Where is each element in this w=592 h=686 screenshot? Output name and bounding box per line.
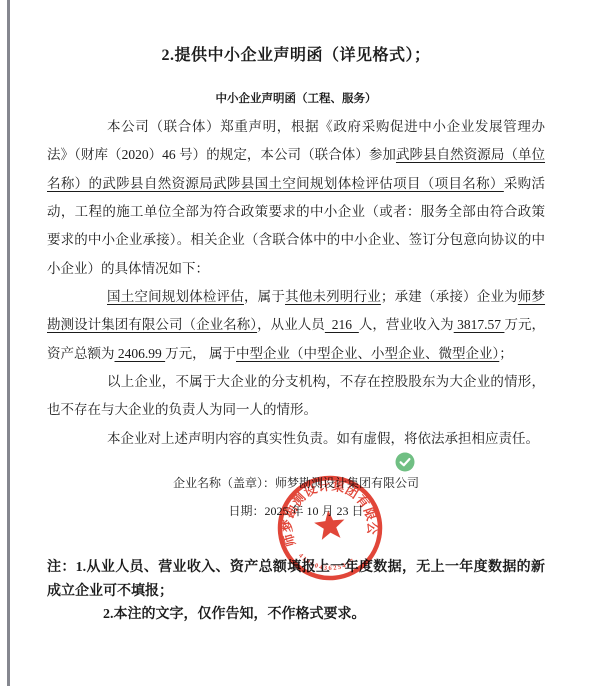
paragraph-responsibility: 本企业对上述声明内容的真实性负责。如有虚假，将依法承担相应责任。 <box>47 425 545 453</box>
check-badge-icon <box>395 452 415 472</box>
document-body: 本公司（联合体）郑重声明，根据《政府采购促进中小企业发展管理办法》（财库（202… <box>47 113 545 453</box>
paragraph-text: 以上企业，不属于大企业的分支机构，不存在控股股东为大企业的情形，也不存在与大企业… <box>47 374 545 417</box>
paragraph-text: 万元， 属于 <box>165 346 236 361</box>
note-line-2: 2.本注的文字，仅作告知，不作格式要求。 <box>47 603 545 627</box>
underlined-blank-text: 216 <box>325 317 359 332</box>
check-badge-circle <box>396 453 415 472</box>
underlined-blank-text: 其他未列明行业 <box>285 289 381 304</box>
paragraph-text: ； <box>499 346 513 361</box>
doc-subtitle: 中小企业声明函（工程、服务） <box>47 91 545 107</box>
seal-company-textpath: 师梦勘测设计集团有限公司 <box>271 469 381 550</box>
seal-star-icon <box>313 509 346 541</box>
company-seal-stamp: 师梦勘测设计集团有限公司 4101043625417 <box>271 469 390 588</box>
underlined-blank-text: 3817.57 <box>454 317 505 332</box>
paragraph-text: 本企业对上述声明内容的真实性负责。如有虚假，将依法承担相应责任。 <box>107 431 539 446</box>
underlined-blank-text: 2406.99 <box>115 346 166 361</box>
paragraph-declaration: 本公司（联合体）郑重声明，根据《政府采购促进中小企业发展管理办法》（财库（202… <box>47 113 545 283</box>
paragraph-not-large-enterprise: 以上企业，不属于大企业的分支机构，不存在控股股东为大企业的情形，也不存在与大企业… <box>47 368 545 425</box>
paragraph-enterprise-details: 国土空间规划体检评估，属于其他未列明行业；承建（承接）企业为师梦勘测设计集团有限… <box>47 283 545 368</box>
underlined-blank-text: 国土空间规划体检评估 <box>107 289 244 304</box>
paragraph-text: ，属于 <box>244 289 285 304</box>
seal-company-text: 师梦勘测设计集团有限公司 <box>271 469 381 550</box>
page-edge-line <box>7 0 10 686</box>
doc-title: 2.提供中小企业声明函（详见格式）； <box>47 45 545 67</box>
paragraph-text: ；承建（承接）企业为 <box>381 289 518 304</box>
paragraph-text: 人，营业收入为 <box>359 317 454 332</box>
paragraph-text: ，从业人员 <box>257 317 325 332</box>
underlined-blank-text: 中型企业（中型企业、小型企业、微型企业） <box>236 346 499 361</box>
